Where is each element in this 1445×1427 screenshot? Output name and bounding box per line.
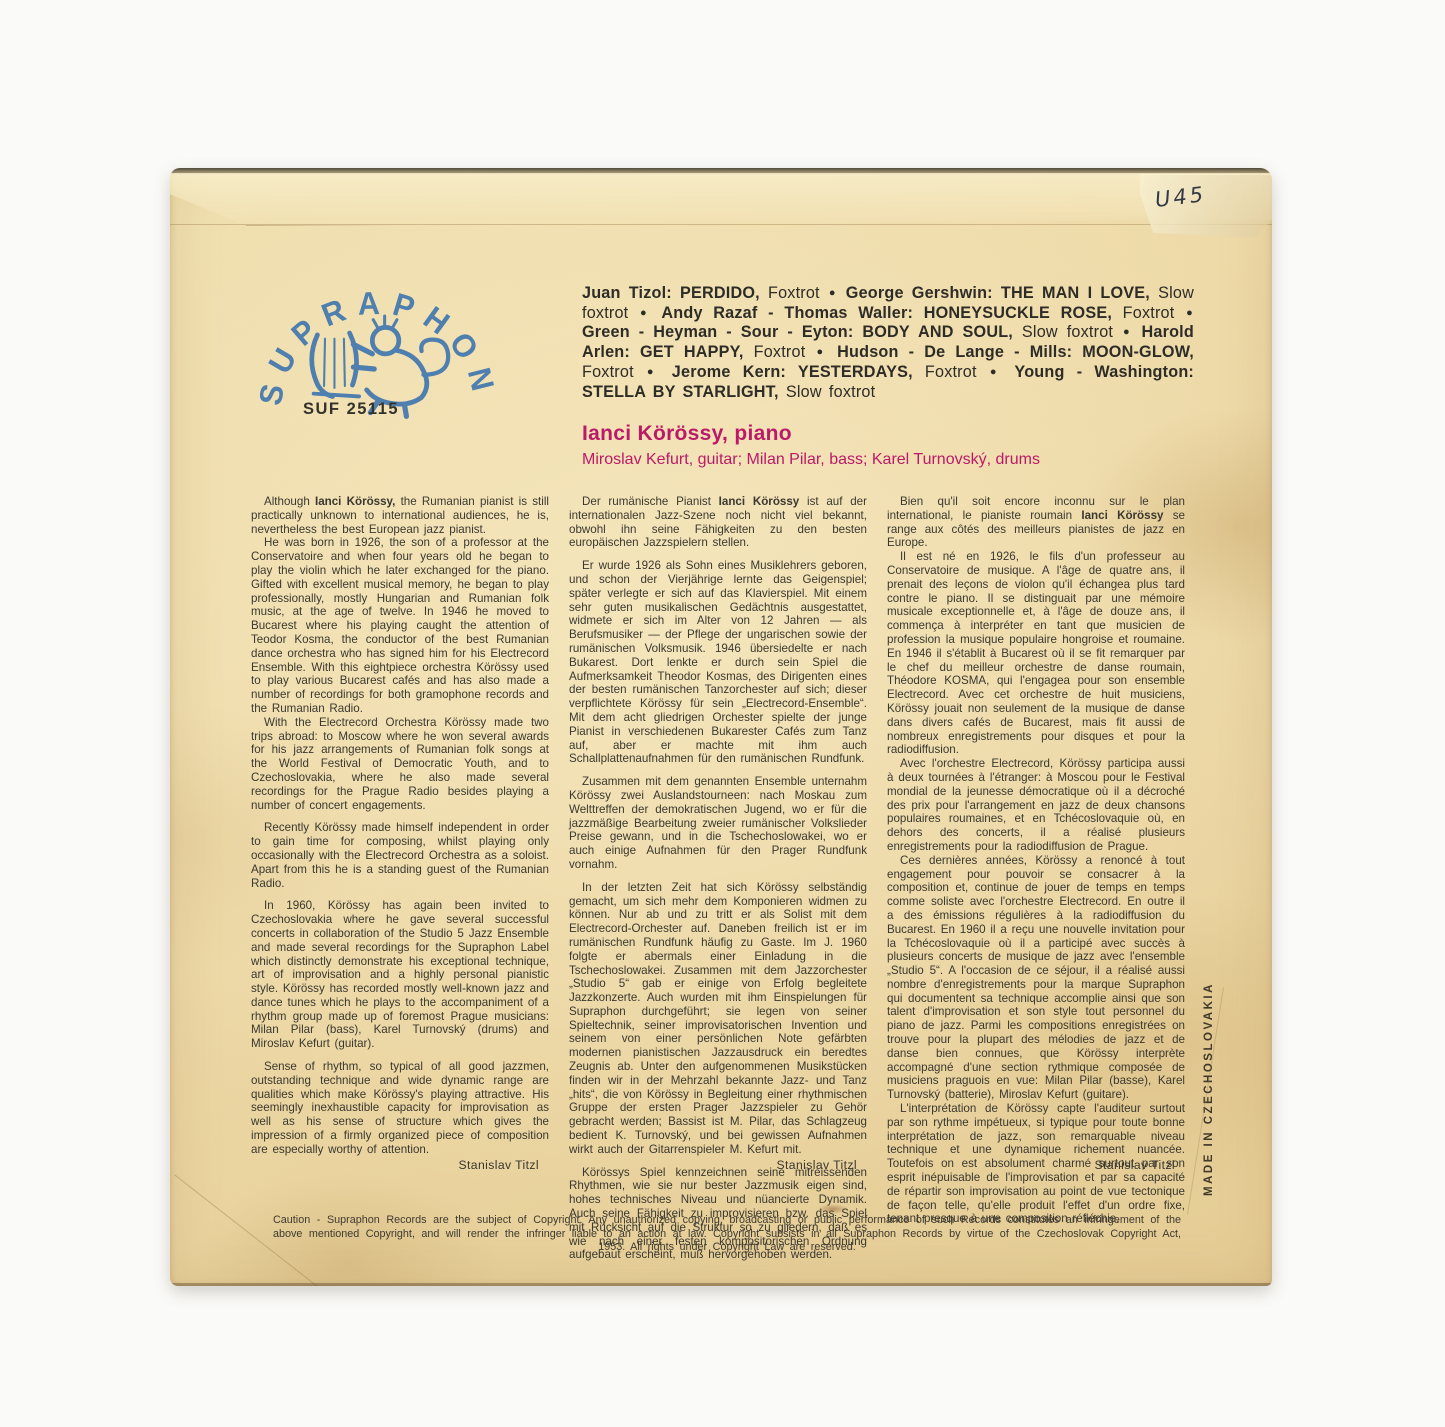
scanned-photo: U45 SUPRAPHON xyxy=(0,0,1445,1427)
text-segment: Green - Heyman - Sour - Eyton: BODY AND … xyxy=(582,323,1013,341)
paragraph: Although Ianci Körössy, the Rumanian pia… xyxy=(251,495,549,536)
catalog-number: SUF 25115 xyxy=(303,400,399,419)
paragraph: Recently Körössy made himself independen… xyxy=(251,821,549,890)
text-segment: Foxtrot xyxy=(582,363,646,381)
sleeve-top-flap xyxy=(170,173,1272,226)
artist-sidemen: Miroslav Kefurt, guitar; Milan Pilar, ba… xyxy=(582,451,1040,469)
text-segment: Foxtrot xyxy=(744,343,816,361)
text-segment: Juan Tizol: PERDIDO, xyxy=(582,284,760,302)
paragraph: With the Electrecord Orchestra Körössy m… xyxy=(251,716,549,813)
text-segment: In 1960, Körössy has again been invited … xyxy=(251,899,549,1050)
liner-notes-french: Bien qu'il soit encore inconnu sur le pl… xyxy=(887,495,1185,1226)
text-segment: Foxtrot xyxy=(1112,304,1185,322)
paragraph: Il est né en 1926, le fils d'un professe… xyxy=(887,550,1185,757)
text-segment: With the Electrecord Orchestra Körössy m… xyxy=(251,716,549,812)
paragraph: He was born in 1926, the son of a profes… xyxy=(251,536,549,715)
text-segment: Er wurde 1926 als Sohn eines Musiklehrer… xyxy=(569,559,867,765)
text-segment: Der rumänische Pianist xyxy=(582,495,719,508)
signature-french: Stanislav Titzl xyxy=(887,1158,1175,1172)
text-segment: Foxtrot xyxy=(760,284,828,302)
text-segment: Slow foxtrot xyxy=(1013,323,1122,341)
logo-arch-text: SUPRAPHON xyxy=(252,285,504,409)
record-sleeve-back: U45 SUPRAPHON xyxy=(170,168,1272,1286)
paragraph: Sense of rhythm, so typical of all good … xyxy=(251,1060,549,1157)
text-segment: Although xyxy=(264,495,315,508)
track-listing: Juan Tizol: PERDIDO, Foxtrot ● George Ge… xyxy=(582,284,1194,402)
text-segment: Zusammen mit dem genannten Ensemble unte… xyxy=(569,775,867,871)
text-segment: Il est né en 1926, le fils d'un professe… xyxy=(887,550,1185,756)
paragraph: Zusammen mit dem genannten Ensemble unte… xyxy=(569,775,867,872)
flap-crease-line xyxy=(170,224,1272,225)
text-segment: ● xyxy=(989,366,1003,378)
paragraph: Ces dernières années, Körössy a renoncé … xyxy=(887,854,1185,1102)
text-segment: ● xyxy=(828,287,838,299)
paragraph: Er wurde 1926 als Sohn eines Musiklehrer… xyxy=(569,559,867,766)
text-segment: ● xyxy=(646,366,660,378)
text-segment: Ces dernières années, Körössy a renoncé … xyxy=(887,854,1185,1102)
paragraph: Bien qu'il soit encore inconnu sur le pl… xyxy=(887,495,1185,550)
text-segment: Andy Razaf - Thomas Waller: HONEYSUCKLE … xyxy=(651,304,1112,322)
sleeve-bottom-edge xyxy=(170,1283,1272,1286)
signature-english: Stanislav Titzl xyxy=(251,1158,539,1172)
paragraph: Der rumänische Pianist Ianci Körössy ist… xyxy=(569,495,867,550)
paragraph: In der letzten Zeit hat sich Körössy sel… xyxy=(569,881,867,1157)
text-segment: ● xyxy=(1122,326,1133,338)
text-segment: Ianci Körössy xyxy=(719,495,800,508)
text-segment: George Gershwin: THE MAN I LOVE, xyxy=(838,284,1150,302)
text-segment: Avec l'orchestre Electrecord, Körössy pa… xyxy=(887,757,1185,853)
text-segment: Jerome Kern: YESTERDAYS, xyxy=(660,363,913,381)
liner-notes-english: Although Ianci Körössy, the Rumanian pia… xyxy=(251,495,549,1157)
text-segment: ● xyxy=(639,307,651,319)
text-segment: ● xyxy=(815,346,827,358)
text-segment: Ianci Körössy xyxy=(1081,509,1163,522)
copyright-caution: Caution - Supraphon Records are the subj… xyxy=(273,1214,1181,1255)
paper-stain xyxy=(818,1204,848,1214)
liner-notes-german: Der rumänische Pianist Ianci Körössy ist… xyxy=(569,495,867,1262)
text-segment: Sense of rhythm, so typical of all good … xyxy=(251,1060,549,1156)
text-segment: Recently Körössy made himself independen… xyxy=(251,821,549,889)
text-segment: Hudson - De Lange - Mills: MOON-GLOW, xyxy=(827,343,1194,361)
signature-german: Stanislav Titzl xyxy=(569,1158,857,1172)
text-segment: Foxtrot xyxy=(913,363,989,381)
text-segment: He was born in 1926, the son of a profes… xyxy=(251,536,549,715)
paragraph: In 1960, Körössy has again been invited … xyxy=(251,899,549,1051)
artist-leader: Ianci Körössy, piano xyxy=(582,422,792,446)
text-segment: Ianci Körössy, xyxy=(315,495,395,508)
paragraph: Avec l'orchestre Electrecord, Körössy pa… xyxy=(887,757,1185,854)
text-segment: ● xyxy=(1185,307,1194,319)
text-segment: Slow foxtrot xyxy=(779,383,876,401)
text-segment: In der letzten Zeit hat sich Körössy sel… xyxy=(569,881,867,1156)
